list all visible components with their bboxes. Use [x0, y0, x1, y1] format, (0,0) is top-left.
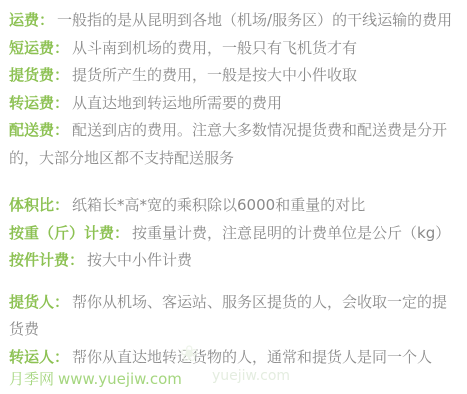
site-name: 月季网	[9, 370, 54, 388]
term-label: 短运费：	[9, 39, 69, 57]
term-label: 转运人：	[9, 348, 69, 366]
term-description: 配送到店的费用。注意大多数情况提货费和配送费是分开的，大部分地区都不支持配送服务	[9, 121, 447, 167]
term-description: 一般指的是从昆明到各地（机场/服务区）的干线运输的费用	[57, 11, 452, 29]
term-entry: 运费：一般指的是从昆明到各地（机场/服务区）的干线运输的费用	[9, 7, 459, 35]
term-label: 按重（斤）计费：	[9, 224, 129, 242]
term-label: 提货人：	[9, 293, 69, 311]
term-entry: 提货人：帮你从机场、客运站、服务区提货的人，会收取一定的提货费	[9, 289, 459, 344]
term-entry: 配送费：配送到店的费用。注意大多数情况提货费和配送费是分开的，大部分地区都不支持…	[9, 117, 459, 172]
term-description: 提货所产生的费用，一般是按大中小件收取	[72, 66, 357, 84]
term-description: 帮你从机场、客运站、服务区提货的人，会收取一定的提货费	[9, 293, 447, 339]
term-label: 配送费：	[9, 121, 69, 139]
section-delivery-fee-terms: 运费：一般指的是从昆明到各地（机场/服务区）的干线运输的费用 短运费：从斗南到机…	[9, 7, 459, 172]
term-label: 体积比：	[9, 196, 69, 214]
term-entry: 转运费：从直达地到转运地所需要的费用	[9, 90, 459, 118]
term-description: 帮你从直达地转运货物的人，通常和提货人是同一个人	[72, 348, 432, 366]
term-entry: 短运费：从斗南到机场的费用，一般只有飞机货才有	[9, 35, 459, 63]
term-entry: 按件计费：按大中小件计费	[9, 247, 459, 275]
term-description: 纸箱长*高*宽的乘积除以6000和重量的对比	[72, 196, 365, 214]
term-description: 按重量计费，注意昆明的计费单位是公斤（kg）	[132, 224, 450, 242]
term-label: 运费：	[9, 11, 54, 29]
site-url: www.yuejiw.com	[58, 370, 182, 388]
term-label: 提货费：	[9, 66, 69, 84]
fee-glossary-document: 运费：一般指的是从昆明到各地（机场/服务区）的干线运输的费用 短运费：从斗南到机…	[0, 0, 467, 394]
section-billing-terms: 体积比：纸箱长*高*宽的乘积除以6000和重量的对比 按重（斤）计费：按重量计费…	[9, 192, 459, 275]
term-entry: 提货费：提货所产生的费用，一般是按大中小件收取	[9, 62, 459, 90]
term-entry: 按重（斤）计费：按重量计费，注意昆明的计费单位是公斤（kg）	[9, 220, 459, 248]
term-description: 从斗南到机场的费用，一般只有飞机货才有	[72, 39, 357, 57]
term-description: 从直达地到转运地所需要的费用	[72, 94, 282, 112]
section-people-terms: 提货人：帮你从机场、客运站、服务区提货的人，会收取一定的提货费 转运人：帮你从直…	[9, 289, 459, 372]
term-description: 按大中小件计费	[87, 251, 192, 269]
footer: 月季网www.yuejiw.com	[9, 369, 459, 390]
flower-watermark-icon: ❀	[180, 344, 198, 366]
term-label: 按件计费：	[9, 251, 84, 269]
term-entry: 体积比：纸箱长*高*宽的乘积除以6000和重量的对比	[9, 192, 459, 220]
term-label: 转运费：	[9, 94, 69, 112]
